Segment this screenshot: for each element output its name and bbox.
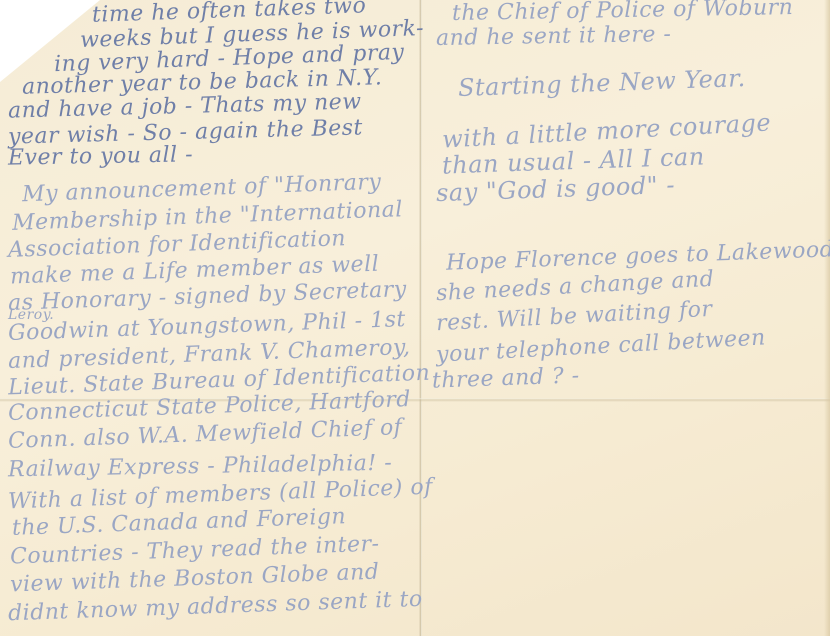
- page-edge-shadow: [824, 0, 830, 636]
- reverse-side-showthrough: [745, 250, 759, 580]
- handwriting-line: Ever to you all -: [8, 142, 193, 171]
- handwriting-line: and he sent it here -: [436, 22, 672, 52]
- letter-page: time he often takes two weeks but I gues…: [0, 0, 830, 636]
- vertical-fold-crease: [419, 0, 422, 636]
- handwriting-line: Starting the New Year.: [458, 65, 746, 101]
- handwriting-line: three and ? -: [432, 363, 580, 394]
- handwriting-line: say "God is good" -: [436, 172, 676, 206]
